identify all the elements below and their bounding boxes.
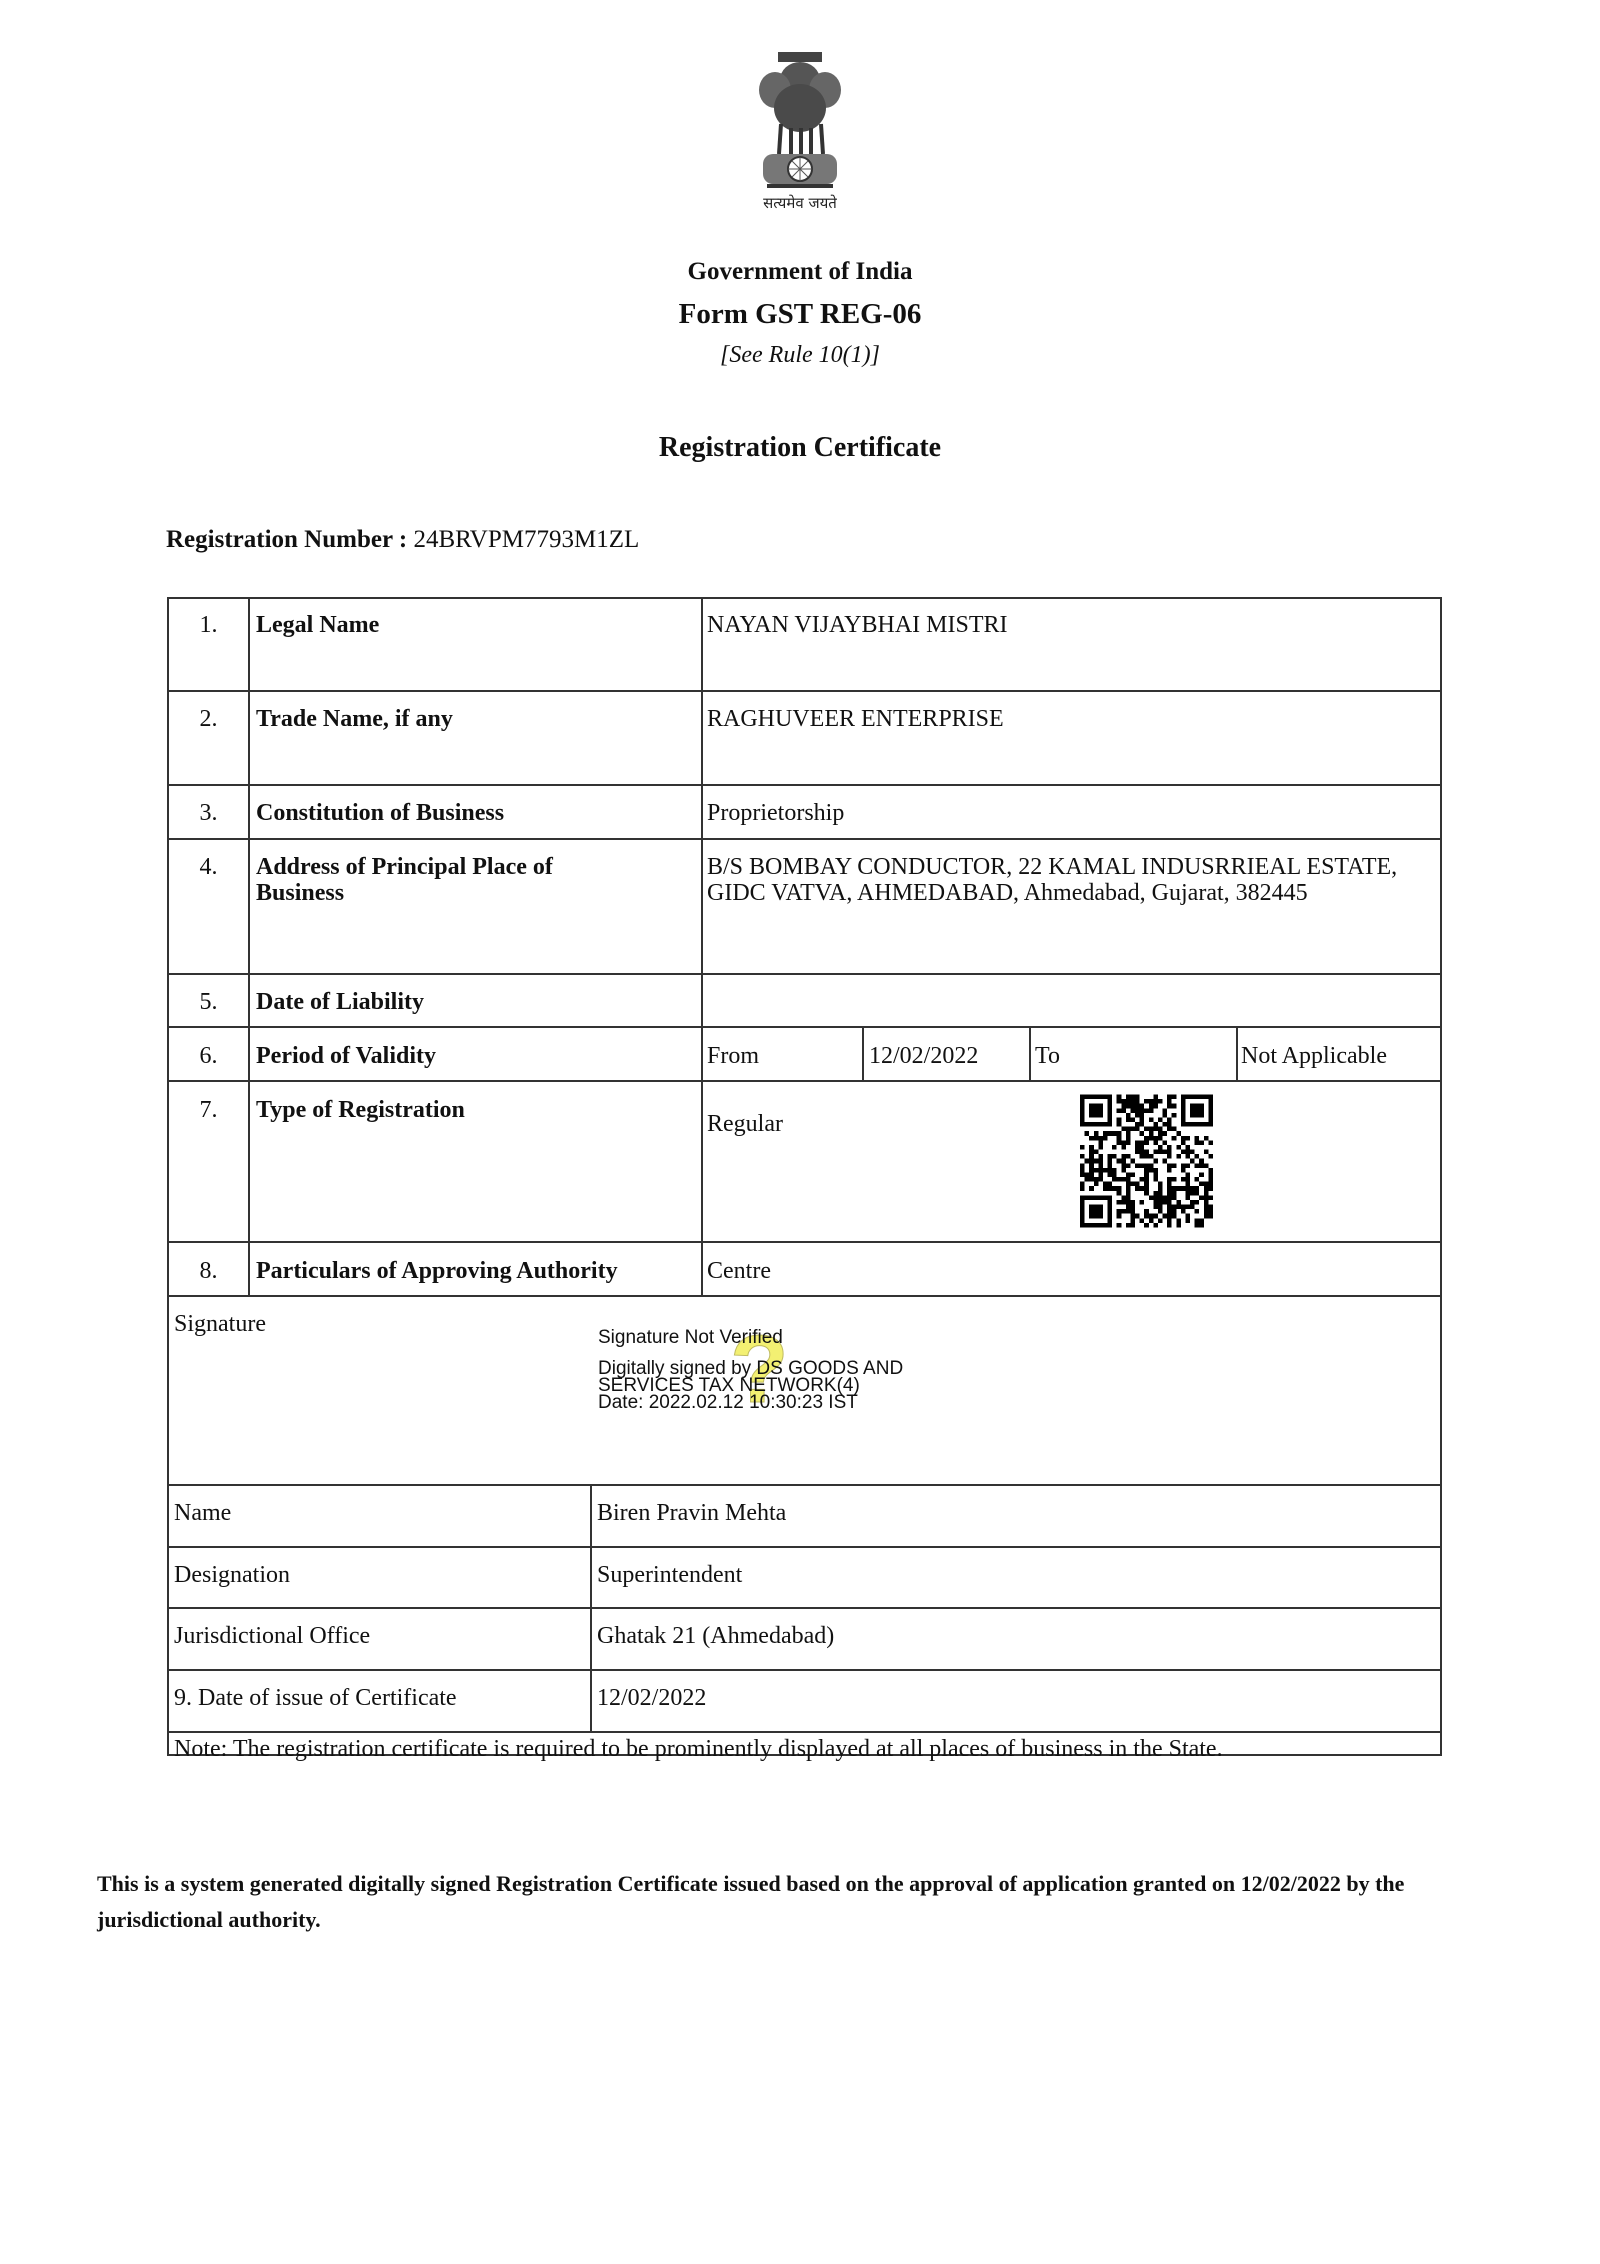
officer-name-value: Biren Pravin Mehta	[597, 1500, 1427, 1526]
issue-date-value: 12/02/2022	[597, 1685, 1427, 1711]
row-divider	[167, 1295, 1442, 1297]
signature-date: Date: 2022.02.12 10:30:23 IST	[598, 1394, 903, 1411]
column-divider	[1236, 1026, 1238, 1082]
certificate-title: Registration Certificate	[0, 432, 1600, 464]
legal-name-label: Legal Name	[256, 612, 696, 638]
row-number: 5.	[169, 989, 248, 1015]
type-of-registration-label: Type of Registration	[256, 1097, 696, 1123]
registration-number-label: Registration Number :	[166, 526, 407, 553]
address-value: B/S BOMBAY CONDUCTOR, 22 KAMAL INDUSRRIE…	[707, 854, 1432, 906]
row-number: 3.	[169, 800, 248, 826]
type-of-registration-value: Regular	[707, 1111, 1007, 1137]
row-divider	[167, 1607, 1442, 1609]
row-divider	[167, 973, 1442, 975]
legal-name-value: NAYAN VIJAYBHAI MISTRI	[707, 612, 1432, 638]
signature-status: Signature Not Verified	[598, 1329, 903, 1346]
government-heading: Government of India	[0, 258, 1600, 286]
validity-from-date: 12/02/2022	[869, 1043, 1024, 1069]
registration-number-value: 24BRVPM7793M1ZL	[413, 526, 639, 553]
qr-code-icon	[1080, 1094, 1213, 1228]
column-divider	[1029, 1026, 1031, 1082]
system-generated-footer: This is a system generated digitally sig…	[97, 1866, 1517, 1938]
national-motto: सत्यमेव जयते	[700, 193, 900, 213]
row-number: 8.	[169, 1258, 248, 1284]
validity-to-value: Not Applicable	[1241, 1043, 1436, 1069]
column-divider	[701, 597, 703, 1297]
row-divider	[167, 1731, 1442, 1733]
form-title: Form GST REG-06	[0, 298, 1600, 331]
validity-to-label: To	[1035, 1043, 1230, 1069]
column-divider	[590, 1484, 592, 1733]
approving-authority-label: Particulars of Approving Authority	[256, 1258, 696, 1284]
row-divider	[167, 1546, 1442, 1548]
designation-label: Designation	[174, 1562, 584, 1588]
jurisdictional-office-label: Jurisdictional Office	[174, 1623, 584, 1649]
officer-name-label: Name	[174, 1500, 584, 1526]
trade-name-label: Trade Name, if any	[256, 706, 696, 732]
row-divider	[167, 1484, 1442, 1486]
row-divider	[167, 1026, 1442, 1028]
table-border	[1440, 597, 1442, 1756]
row-number: 7.	[169, 1097, 248, 1123]
row-divider	[167, 838, 1442, 840]
approving-authority-value: Centre	[707, 1258, 1432, 1284]
column-divider	[862, 1026, 864, 1082]
row-divider	[167, 1080, 1442, 1082]
column-divider	[248, 597, 250, 1297]
constitution-label: Constitution of Business	[256, 800, 696, 826]
table-border	[167, 597, 169, 1756]
table-border	[167, 597, 1442, 599]
address-label: Address of Principal Place of Business	[256, 854, 606, 906]
row-number: 6.	[169, 1043, 248, 1069]
digital-signature-stamp[interactable]: Signature Not Verified Digitally signed …	[598, 1329, 903, 1411]
row-divider	[167, 1669, 1442, 1671]
constitution-value: Proprietorship	[707, 800, 1432, 826]
row-number: 2.	[169, 706, 248, 732]
trade-name-value: RAGHUVEER ENTERPRISE	[707, 706, 1432, 732]
row-number: 4.	[169, 854, 248, 880]
row-divider	[167, 1241, 1442, 1243]
signature-label: Signature	[174, 1311, 474, 1337]
issue-date-label: 9. Date of issue of Certificate	[174, 1685, 584, 1711]
designation-value: Superintendent	[597, 1562, 1427, 1588]
validity-from-label: From	[707, 1043, 857, 1069]
row-divider	[167, 784, 1442, 786]
row-number: 1.	[169, 612, 248, 638]
jurisdictional-office-value: Ghatak 21 (Ahmedabad)	[597, 1623, 1427, 1649]
row-divider	[167, 690, 1442, 692]
date-of-liability-label: Date of Liability	[256, 989, 696, 1015]
rule-reference: [See Rule 10(1)]	[0, 342, 1600, 369]
registration-number: Registration Number : 24BRVPM7793M1ZL	[166, 526, 639, 554]
display-note: Note: The registration certificate is re…	[174, 1737, 1436, 1761]
period-of-validity-label: Period of Validity	[256, 1043, 696, 1069]
national-emblem-icon	[745, 48, 855, 208]
